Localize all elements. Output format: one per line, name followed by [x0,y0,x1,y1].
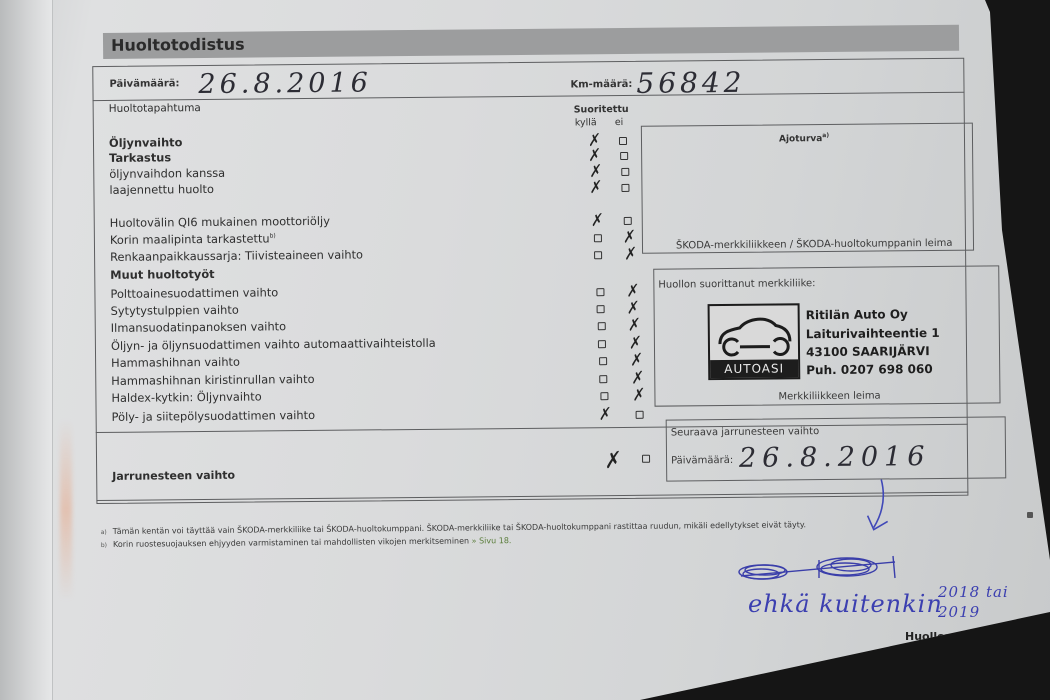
yes-checkbox[interactable]: ✗ [588,212,603,228]
yes-checkbox[interactable] [600,392,608,400]
dealer-name: Ritilän Auto Oy [806,307,908,322]
dealer-city: 43100 SAARIJÄRVI [806,344,930,359]
next-date-label: Päivämäärä: [671,455,733,467]
no-checkbox[interactable] [621,184,629,192]
no-checkbox[interactable]: ✗ [624,283,639,299]
service-item: Huoltovälin QI6 mukainen moottoriöljy [110,214,330,230]
dealer-title: Huollon suorittanut merkkiliike: [658,278,815,291]
handwritten-note-line1: ehkä kuitenkin [748,590,943,618]
footnote-b: b)Korin ruostesuojauksen ehjyyden varmis… [101,536,512,549]
service-item: öljynvaihdon kanssa [109,166,225,181]
date-label: Päivämäärä: [109,78,179,90]
yes-header: kyllä [575,117,597,128]
no-checkbox[interactable]: ✗ [630,387,645,403]
car-icon [710,305,799,362]
dealer-logo: AUTOASI [708,303,801,380]
yes-checkbox[interactable] [598,322,606,330]
service-item: Sytytystulppien vaihto [111,303,239,318]
service-item: Hammashihnan kiristinrullan vaihto [111,372,314,388]
arrow-down-icon [859,477,900,537]
no-checkbox[interactable]: ✗ [625,317,640,333]
no-checkbox[interactable]: ✗ [628,352,643,368]
no-checkbox[interactable]: ✗ [622,246,637,262]
brake-no-checkbox[interactable] [642,455,650,463]
yes-checkbox[interactable] [599,357,607,365]
brake-fluid-label: Jarrunesteen vaihto [112,469,235,483]
no-header: ei [615,117,624,128]
page-title: Huoltotodistus [103,25,959,59]
service-item: Hammashihnan vaihto [111,355,240,370]
logo-text: AUTOASI [710,359,798,378]
service-item: Pöly- ja siitepölysuodattimen vaihto [112,408,316,424]
next-brake-label: Seuraava jarrunesteen vaihto [671,426,819,438]
next-date-value[interactable]: 26.8.2016 [739,441,931,474]
no-checkbox[interactable] [619,137,627,145]
yes-checkbox[interactable] [598,340,606,348]
service-item: Öljynvaihto [109,135,183,150]
date-value[interactable]: 26.8.2016 [198,67,372,100]
no-checkbox[interactable] [636,411,644,419]
booklet-page: Huoltotodistus Päivämäärä: 26.8.2016 Km-… [0,0,1050,700]
yes-checkbox[interactable] [597,305,605,313]
service-items: Öljynvaihto✗Tarkastus✗öljynvaihdon kanss… [0,0,1050,1]
section-heading: Muut huoltotyöt [110,267,214,282]
no-checkbox[interactable] [620,152,628,160]
yes-checkbox[interactable] [599,375,607,383]
dealer-phone: Puh. 0207 698 060 [806,362,933,377]
service-item: Tarkastus [109,150,171,165]
no-checkbox[interactable] [624,217,632,225]
footnote-a: a)Tämän kentän voi täyttää vain ŠKODA-me… [101,520,806,536]
service-item: Haldex-kytkin: Öljynvaihto [111,389,261,404]
handwritten-note-line2: 2018 tai 2019 [938,582,1018,622]
yes-checkbox[interactable] [596,288,604,296]
km-label: Km-määrä: [570,79,632,91]
service-item: laajennettu huolto [109,182,214,197]
page-number: 17 [1030,628,1047,642]
performed-header: Suoritettu [574,104,629,116]
brake-yes-checkbox[interactable]: ✗ [602,451,621,468]
section-footer: Huollon asiakirjat [905,630,1014,643]
service-item: Renkaanpaikkaussarja: Tiivisteaineen vai… [110,247,363,263]
yes-checkbox[interactable] [594,251,602,259]
no-checkbox[interactable] [621,168,629,176]
service-item: Korin maalipinta tarkastettub) [110,231,276,247]
event-header: Huoltotapahtuma [109,102,201,115]
yes-checkbox[interactable]: ✗ [596,406,611,422]
yes-checkbox[interactable] [594,234,602,242]
ajoturva-title: Ajoturvaa) [779,132,829,144]
service-item: Ilmansuodatinpanoksen vaihto [111,319,286,335]
dealer-caption: Merkkiliikkeen leima [778,391,880,403]
dealer-street: Laiturivaihteentie 1 [806,326,940,341]
margin-mark [1027,512,1033,518]
service-item: Polttoainesuodattimen vaihto [110,285,278,301]
scribbled-text [735,552,915,586]
page-link[interactable]: » Sivu 18. [472,536,512,545]
yes-checkbox[interactable]: ✗ [587,179,602,195]
